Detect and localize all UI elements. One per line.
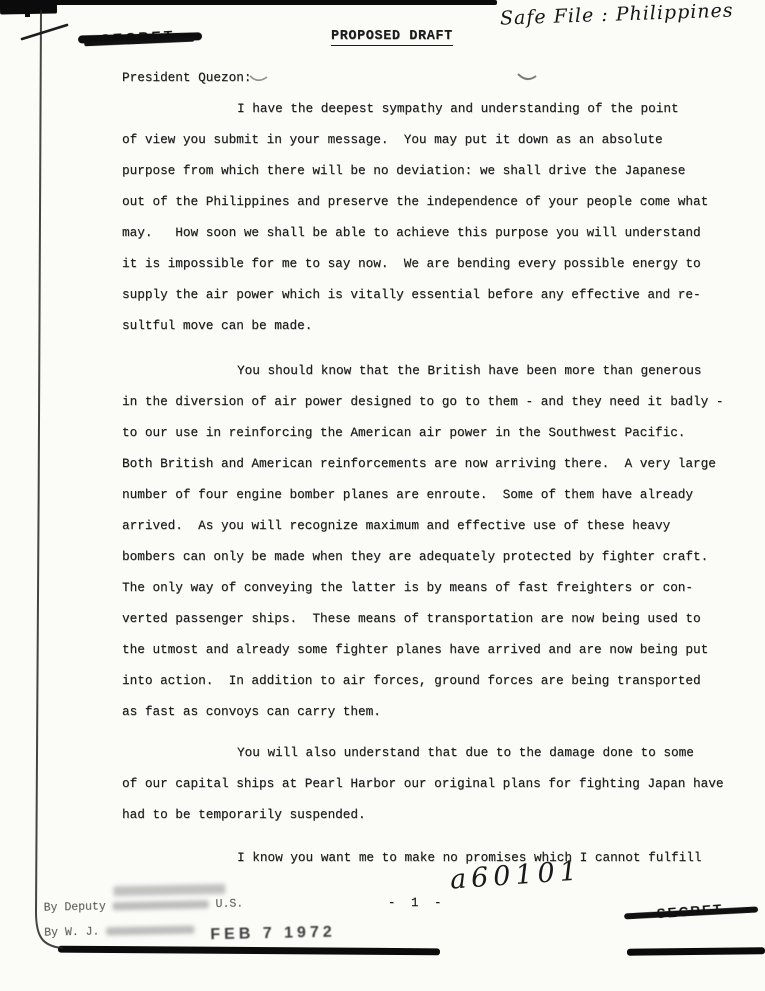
smudge-mark-left xyxy=(250,76,267,80)
stamp-by-line-1-text: By Deputy xyxy=(44,900,106,914)
cross-check-stroke xyxy=(22,25,67,39)
salutation: President Quezon: xyxy=(122,62,251,93)
secret-stamp-top: SECRET xyxy=(88,26,189,47)
scan-artifact-top-left-tick xyxy=(25,0,30,17)
handwritten-file-note: Safe File : Philippines xyxy=(500,0,765,30)
stamp-illegible-smudge-top xyxy=(113,884,225,896)
declassification-stamp: By Deputy U.S. By W. J. FEB 7 1972 xyxy=(41,878,402,958)
scanned-document-page: SECRET PROPOSED DRAFT Safe File : Philip… xyxy=(0,0,765,991)
paragraph-3: You will also understand that due to the… xyxy=(122,737,724,830)
smudge-mark-right xyxy=(518,74,536,79)
page-title: PROPOSED DRAFT xyxy=(331,29,453,46)
stamp-by-line-1: By Deputy U.S. xyxy=(44,898,244,915)
stamp-illegible-smudge-1 xyxy=(113,900,209,910)
scan-artifact-top-bar xyxy=(0,0,497,5)
vertical-pencil-line xyxy=(36,11,62,948)
stamp-illegible-smudge-2 xyxy=(106,926,194,936)
stamp-by-line-2: By W. J. xyxy=(44,924,194,940)
stamp-by-line-2-text: By W. J. xyxy=(44,926,99,940)
secret-stamp-bottom: SECRET xyxy=(648,901,733,922)
paragraph-2: You should know that the British have be… xyxy=(122,355,724,727)
stamp-date: FEB 7 1972 xyxy=(210,924,336,945)
scan-artifact-bottom-bar-right xyxy=(627,947,765,955)
paragraph-1: I have the deepest sympathy and understa… xyxy=(122,93,708,341)
paragraph-4: I know you want me to make no promises w… xyxy=(122,842,701,873)
stamp-by-line-1-suffix: U.S. xyxy=(216,898,244,912)
